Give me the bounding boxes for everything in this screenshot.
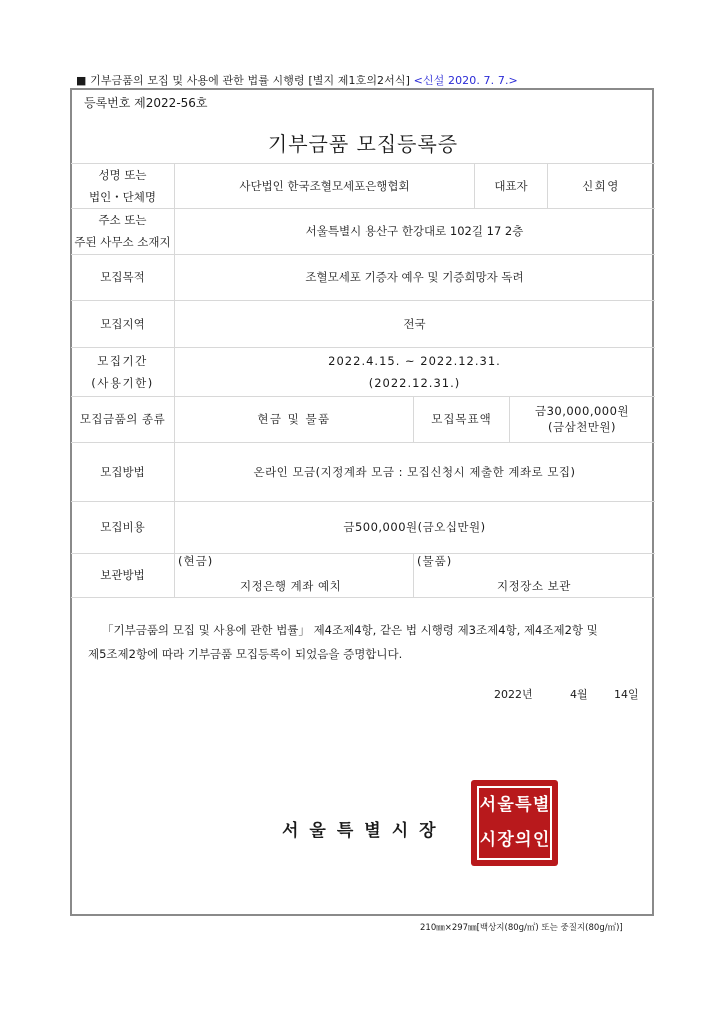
label-text: 법인・단체명 bbox=[89, 186, 156, 208]
form-reference: ■ 기부금품의 모집 및 사용에 관한 법률 시행령 [별지 제1호의2서식] … bbox=[76, 72, 518, 88]
seal-char: 서 bbox=[480, 797, 496, 814]
divider bbox=[71, 597, 655, 598]
form-reference-text: ■ 기부금품의 모집 및 사용에 관한 법률 시행령 [별지 제1호의2서식] bbox=[76, 74, 410, 87]
usage-deadline: (2022.12.31.) bbox=[369, 372, 460, 394]
seal-char: 시 bbox=[480, 832, 496, 849]
method-value: 온라인 모금(지정계좌 모금 : 모집신청시 제출한 계좌로 모집) bbox=[175, 442, 654, 501]
address-value: 서울특별시 용산구 한강대로 102길 17 2층 bbox=[175, 208, 654, 254]
label-target-amount: 모집목표액 bbox=[414, 396, 509, 442]
label-purpose: 모집목적 bbox=[71, 254, 174, 300]
goods-tag: (물품) bbox=[417, 553, 452, 569]
document-title: 기부금품 모집등록증 bbox=[70, 128, 656, 157]
period-range: 2022.4.15. ~ 2022.12.31. bbox=[328, 350, 501, 372]
label-text: 주된 사무소 소재지 bbox=[74, 231, 170, 253]
seal-face: 서 울 특 별 시 장 의 인 bbox=[477, 786, 552, 860]
official-seal-icon: 서 울 특 별 시 장 의 인 bbox=[471, 780, 558, 866]
label-text: (사용기한) bbox=[91, 372, 153, 394]
target-amount-number: 금30,000,000원 bbox=[535, 403, 629, 419]
purpose-value: 조혈모세포 기증자 예우 및 기증희망자 독려 bbox=[175, 254, 654, 300]
seal-char: 별 bbox=[533, 797, 549, 814]
label-region: 모집지역 bbox=[71, 300, 174, 347]
certification-line-2: 제5조제2항에 따라 기부금품 모집등록이 되었음을 증명합니다. bbox=[88, 642, 648, 666]
label-representative: 대표자 bbox=[475, 163, 547, 208]
type-value: 현금 및 물품 bbox=[175, 396, 413, 442]
label-period: 모집기간 (사용기한) bbox=[71, 347, 174, 396]
label-text: 주소 또는 bbox=[98, 209, 146, 231]
organization-name: 사단법인 한국조혈모세포은행협회 bbox=[175, 163, 474, 208]
label-method: 모집방법 bbox=[71, 442, 174, 501]
target-amount: 금30,000,000원 (금삼천만원) bbox=[510, 396, 654, 442]
label-name: 성명 또는 법인・단체명 bbox=[71, 163, 174, 208]
period-value: 2022.4.15. ~ 2022.12.31. (2022.12.31.) bbox=[175, 347, 654, 396]
label-storage: 보관방법 bbox=[71, 553, 174, 597]
issue-day: 14일 bbox=[614, 686, 639, 702]
certification-statement: 「기부금품의 모집 및 사용에 관한 법률」 제4조제4항, 같은 법 시행령 … bbox=[88, 618, 648, 666]
region-value: 전국 bbox=[175, 300, 654, 347]
divider bbox=[413, 553, 414, 597]
goods-storage-value: 지정장소 보관 bbox=[497, 578, 571, 594]
issue-month: 4월 bbox=[570, 686, 588, 702]
label-text: 모집기간 bbox=[97, 350, 147, 372]
cost-value: 금500,000원(금오십만원) bbox=[175, 501, 654, 553]
seal-char: 의 bbox=[515, 832, 531, 849]
certification-line-1: 「기부금품의 모집 및 사용에 관한 법률」 제4조제4항, 같은 법 시행령 … bbox=[88, 618, 648, 642]
cash-storage-value: 지정은행 계좌 예치 bbox=[240, 578, 341, 594]
issue-year: 2022년 bbox=[494, 686, 533, 702]
label-cost: 모집비용 bbox=[71, 501, 174, 553]
registration-number: 등록번호 제2022-56호 bbox=[84, 94, 208, 111]
cash-tag: (현금) bbox=[178, 553, 213, 569]
seal-char: 울 bbox=[497, 797, 513, 814]
label-type: 모집금품의 종류 bbox=[71, 396, 174, 442]
paper-spec: 210㎜×297㎜[백상지(80g/㎡) 또는 중질지(80g/㎡)] bbox=[420, 921, 623, 933]
seal-char: 장 bbox=[497, 832, 513, 849]
representative-name: 신희영 bbox=[548, 163, 654, 208]
label-text: 성명 또는 bbox=[98, 164, 146, 186]
target-amount-words: (금삼천만원) bbox=[548, 419, 616, 435]
label-address: 주소 또는 주된 사무소 소재지 bbox=[71, 208, 174, 254]
seal-char: 특 bbox=[515, 797, 531, 814]
seal-char: 인 bbox=[533, 832, 549, 849]
revision-note: <신설 2020. 7. 7.> bbox=[414, 74, 518, 87]
issuer-name: 서울특별시장 bbox=[282, 816, 447, 841]
